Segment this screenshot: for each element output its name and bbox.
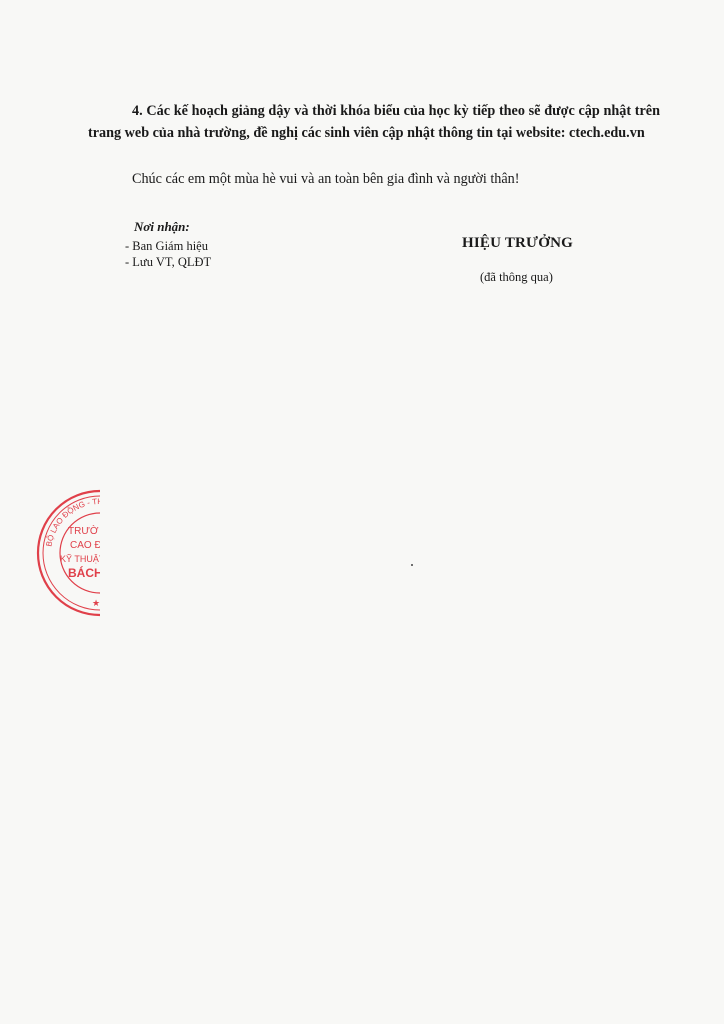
document-page: 4. Các kế hoạch giảng dậy và thời khóa b… [0, 0, 724, 1024]
recipients-title: Nơi nhận: [134, 219, 190, 235]
stamp-line: BÁCH [68, 565, 100, 580]
stamp-line: KỸ THUẬT- [60, 554, 100, 564]
scan-speck [411, 564, 413, 566]
signature-title: HIỆU TRƯỞNG [462, 235, 573, 252]
closing-paragraph: Chúc các em một mùa hè vui và an toàn bê… [132, 169, 652, 190]
signature-note: (đã thông qua) [480, 270, 553, 285]
stamp-line: TRƯỜ [68, 524, 99, 537]
recipient-item: - Ban Giám hiệu [125, 238, 208, 254]
recipient-item: - Lưu VT, QLĐT [125, 254, 211, 270]
official-stamp: BỘ LAO ĐỘNG - THƯƠNG TRƯỜ CAO Đ KỸ THUẬT… [30, 488, 100, 618]
star-icon: ★ [92, 598, 100, 608]
stamp-line: CAO Đ [70, 540, 100, 551]
item-4-paragraph: 4. Các kế hoạch giảng dậy và thời khóa b… [88, 101, 660, 144]
